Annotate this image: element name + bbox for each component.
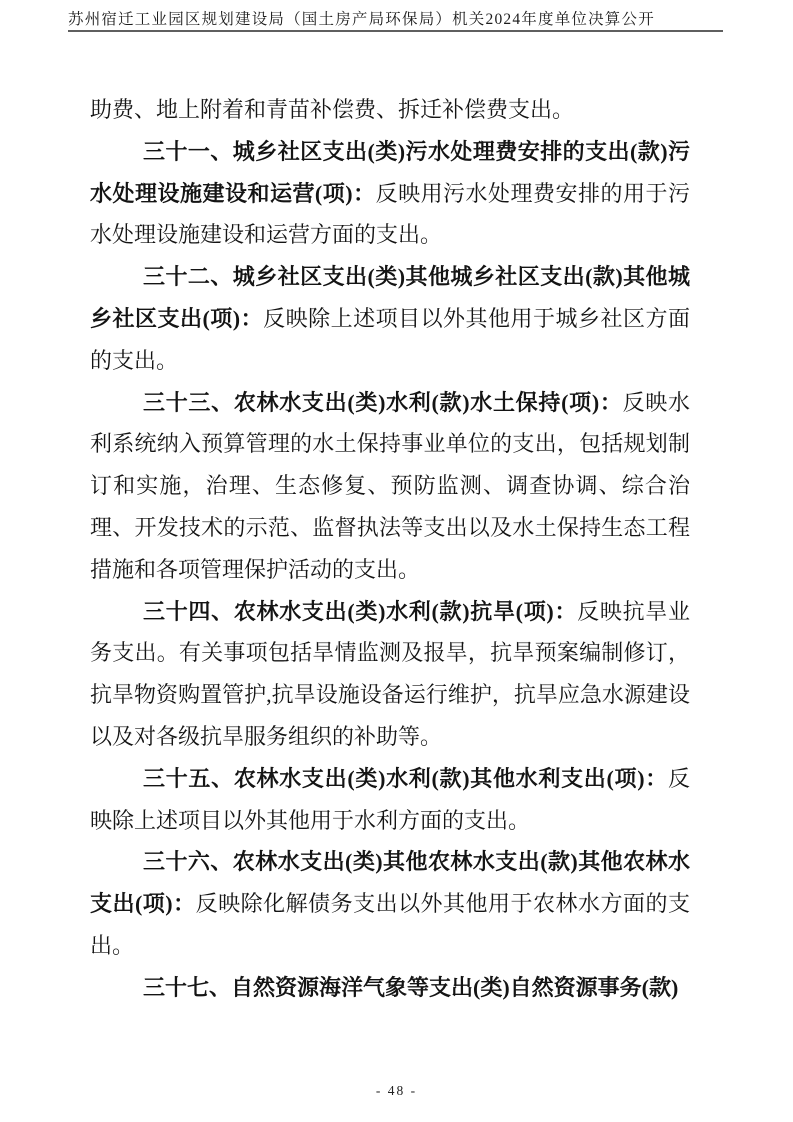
document-page: 苏州宿迁工业园区规划建设局（国土房产局环保局）机关2024年度单位决算公开 助费… (0, 0, 793, 1122)
paragraph: 助费、地上附着和青苗补偿费、拆迁补偿费支出。 (90, 89, 690, 131)
paragraph: 三十二、城乡社区支出(类)其他城乡社区支出(款)其他城乡社区支出(项)：反映除上… (90, 256, 690, 381)
document-body: 助费、地上附着和青苗补偿费、拆迁补偿费支出。 三十一、城乡社区支出(类)污水处理… (90, 89, 690, 1009)
header-rule (68, 30, 723, 32)
paragraph-lead: 三十四、农林水支出(类)水利(款)抗旱(项)： (143, 599, 577, 624)
paragraph-lead: 三十五、农林水支出(类)水利(款)其他水利支出(项)： (143, 766, 668, 791)
paragraph: 三十四、农林水支出(类)水利(款)抗旱(项)：反映抗旱业务支出。有关事项包括旱情… (90, 591, 690, 758)
paragraph-lead: 三十三、农林水支出(类)水利(款)水土保持(项)： (143, 390, 623, 415)
paragraph: 三十五、农林水支出(类)水利(款)其他水利支出(项)：反映除上述项目以外其他用于… (90, 758, 690, 842)
document-footer: - 48 - (0, 1082, 793, 1100)
document-header: 苏州宿迁工业园区规划建设局（国土房产局环保局）机关2024年度单位决算公开 (68, 10, 725, 29)
header-title: 苏州宿迁工业园区规划建设局（国土房产局环保局）机关2024年度单位决算公开 (68, 10, 725, 29)
paragraph-text: 助费、地上附着和青苗补偿费、拆迁补偿费支出。 (90, 97, 574, 122)
paragraph: 三十一、城乡社区支出(类)污水处理费安排的支出(款)污水处理设施建设和运营(项)… (90, 131, 690, 256)
paragraph-text: 反映水利系统纳入预算管理的水土保持事业单位的支出，包括规划制订和实施，治理、生态… (90, 390, 690, 582)
page-number: - 48 - (376, 1083, 417, 1098)
paragraph-lead: 三十七、自然资源海洋气象等支出(类)自然资源事务(款) (143, 975, 678, 1000)
paragraph: 三十七、自然资源海洋气象等支出(类)自然资源事务(款) (90, 967, 690, 1009)
paragraph: 三十三、农林水支出(类)水利(款)水土保持(项)：反映水利系统纳入预算管理的水土… (90, 382, 690, 591)
paragraph: 三十六、农林水支出(类)其他农林水支出(款)其他农林水支出(项)：反映除化解债务… (90, 841, 690, 966)
